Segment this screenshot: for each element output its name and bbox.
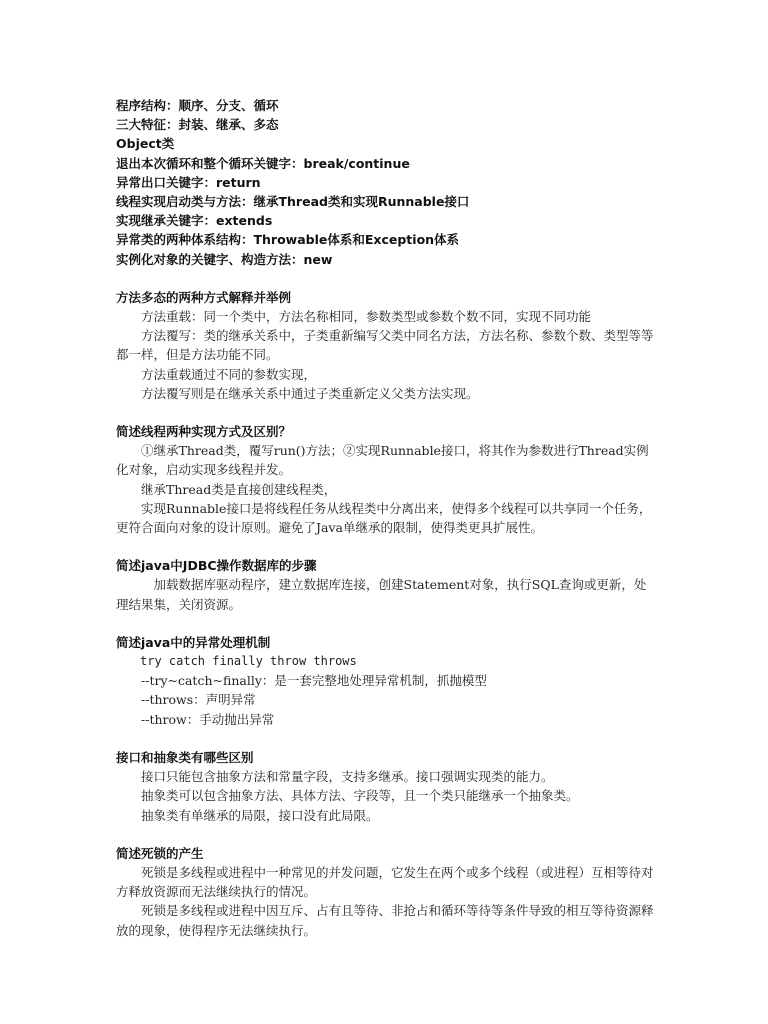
section-jdbc: 简述java中JDBC操作数据库的步骤 加载数据库驱动程序，建立数据库连接，创建… — [116, 556, 656, 614]
text-line: 接口只能包含抽象方法和常量字段，支持多继承。接口强调实现类的能力。 — [116, 767, 656, 786]
paragraph: 方法覆写：类的继承关系中，子类重新编写父类中同名方法，方法名称、参数个数、类型等… — [116, 326, 656, 364]
paragraph: 加载数据库驱动程序，建立数据库连接，创建Statement对象，执行SQL查询或… — [116, 575, 656, 613]
paragraph: 方法覆写则是在继承关系中通过子类重新定义父类方法实现。 — [116, 384, 656, 403]
section-threads: 简述线程两种实现方式及区别？ ①继承Thread类，覆写run()方法；②实现R… — [116, 422, 656, 537]
section-heading: 简述java中的异常处理机制 — [116, 633, 656, 652]
summary-item: 线程实现启动类与方法：继承Thread类和实现Runnable接口 — [116, 192, 656, 211]
summary-item: 异常出口关键字：return — [116, 173, 656, 192]
text-line: --throw：手动抛出异常 — [116, 710, 656, 729]
document-page: 程序结构：顺序、分支、循环 三大特征：封装、继承、多态 Object类 退出本次… — [116, 96, 656, 940]
summary-item: Object类 — [116, 134, 656, 153]
section-heading: 简述java中JDBC操作数据库的步骤 — [116, 556, 656, 575]
text-line: 抽象类可以包含抽象方法、具体方法、字段等，且一个类只能继承一个抽象类。 — [116, 786, 656, 805]
section-exceptions: 简述java中的异常处理机制 try catch finally throw t… — [116, 633, 656, 729]
section-polymorphism: 方法多态的两种方式解释并举例 方法重载：同一个类中，方法名称相同，参数类型或参数… — [116, 288, 656, 403]
paragraph: 死锁是多线程或进程中一种常见的并发问题，它发生在两个或多个线程（或进程）互相等待… — [116, 863, 656, 901]
section-deadlock: 简述死锁的产生 死锁是多线程或进程中一种常见的并发问题，它发生在两个或多个线程（… — [116, 844, 656, 940]
paragraph: 继承Thread类是直接创建线程类， — [116, 480, 656, 499]
summary-item: 实现继承关键字：extends — [116, 211, 656, 230]
summary-item: 三大特征：封装、继承、多态 — [116, 115, 656, 134]
summary-list: 程序结构：顺序、分支、循环 三大特征：封装、继承、多态 Object类 退出本次… — [116, 96, 656, 269]
section-heading: 方法多态的两种方式解释并举例 — [116, 288, 656, 307]
summary-item: 异常类的两种体系结构：Throwable体系和Exception体系 — [116, 230, 656, 249]
paragraph: 方法重载通过不同的参数实现， — [116, 365, 656, 384]
section-heading: 简述死锁的产生 — [116, 844, 656, 863]
text-line: --throws：声明异常 — [116, 690, 656, 709]
text-line: --try~catch~finally：是一套完整地处理异常机制，抓抛模型 — [116, 671, 656, 690]
summary-item: 程序结构：顺序、分支、循环 — [116, 96, 656, 115]
summary-item: 退出本次循环和整个循环关键字：break/continue — [116, 154, 656, 173]
paragraph: 实现Runnable接口是将线程任务从线程类中分离出来，使得多个线程可以共享同一… — [116, 499, 656, 537]
code-line: try catch finally throw throws — [116, 652, 656, 671]
paragraph: 死锁是多线程或进程中因互斥、占有且等待、非抢占和循环等待等条件导致的相互等待资源… — [116, 901, 656, 939]
section-heading: 接口和抽象类有哪些区别 — [116, 748, 656, 767]
paragraph: ①继承Thread类，覆写run()方法；②实现Runnable接口，将其作为参… — [116, 441, 656, 479]
section-interface-vs-abstract: 接口和抽象类有哪些区别 接口只能包含抽象方法和常量字段，支持多继承。接口强调实现… — [116, 748, 656, 825]
paragraph: 方法重载：同一个类中，方法名称相同，参数类型或参数个数不同，实现不同功能 — [116, 307, 656, 326]
summary-item: 实例化对象的关键字、构造方法：new — [116, 250, 656, 269]
text-line: 抽象类有单继承的局限，接口没有此局限。 — [116, 806, 656, 825]
section-heading: 简述线程两种实现方式及区别？ — [116, 422, 656, 441]
